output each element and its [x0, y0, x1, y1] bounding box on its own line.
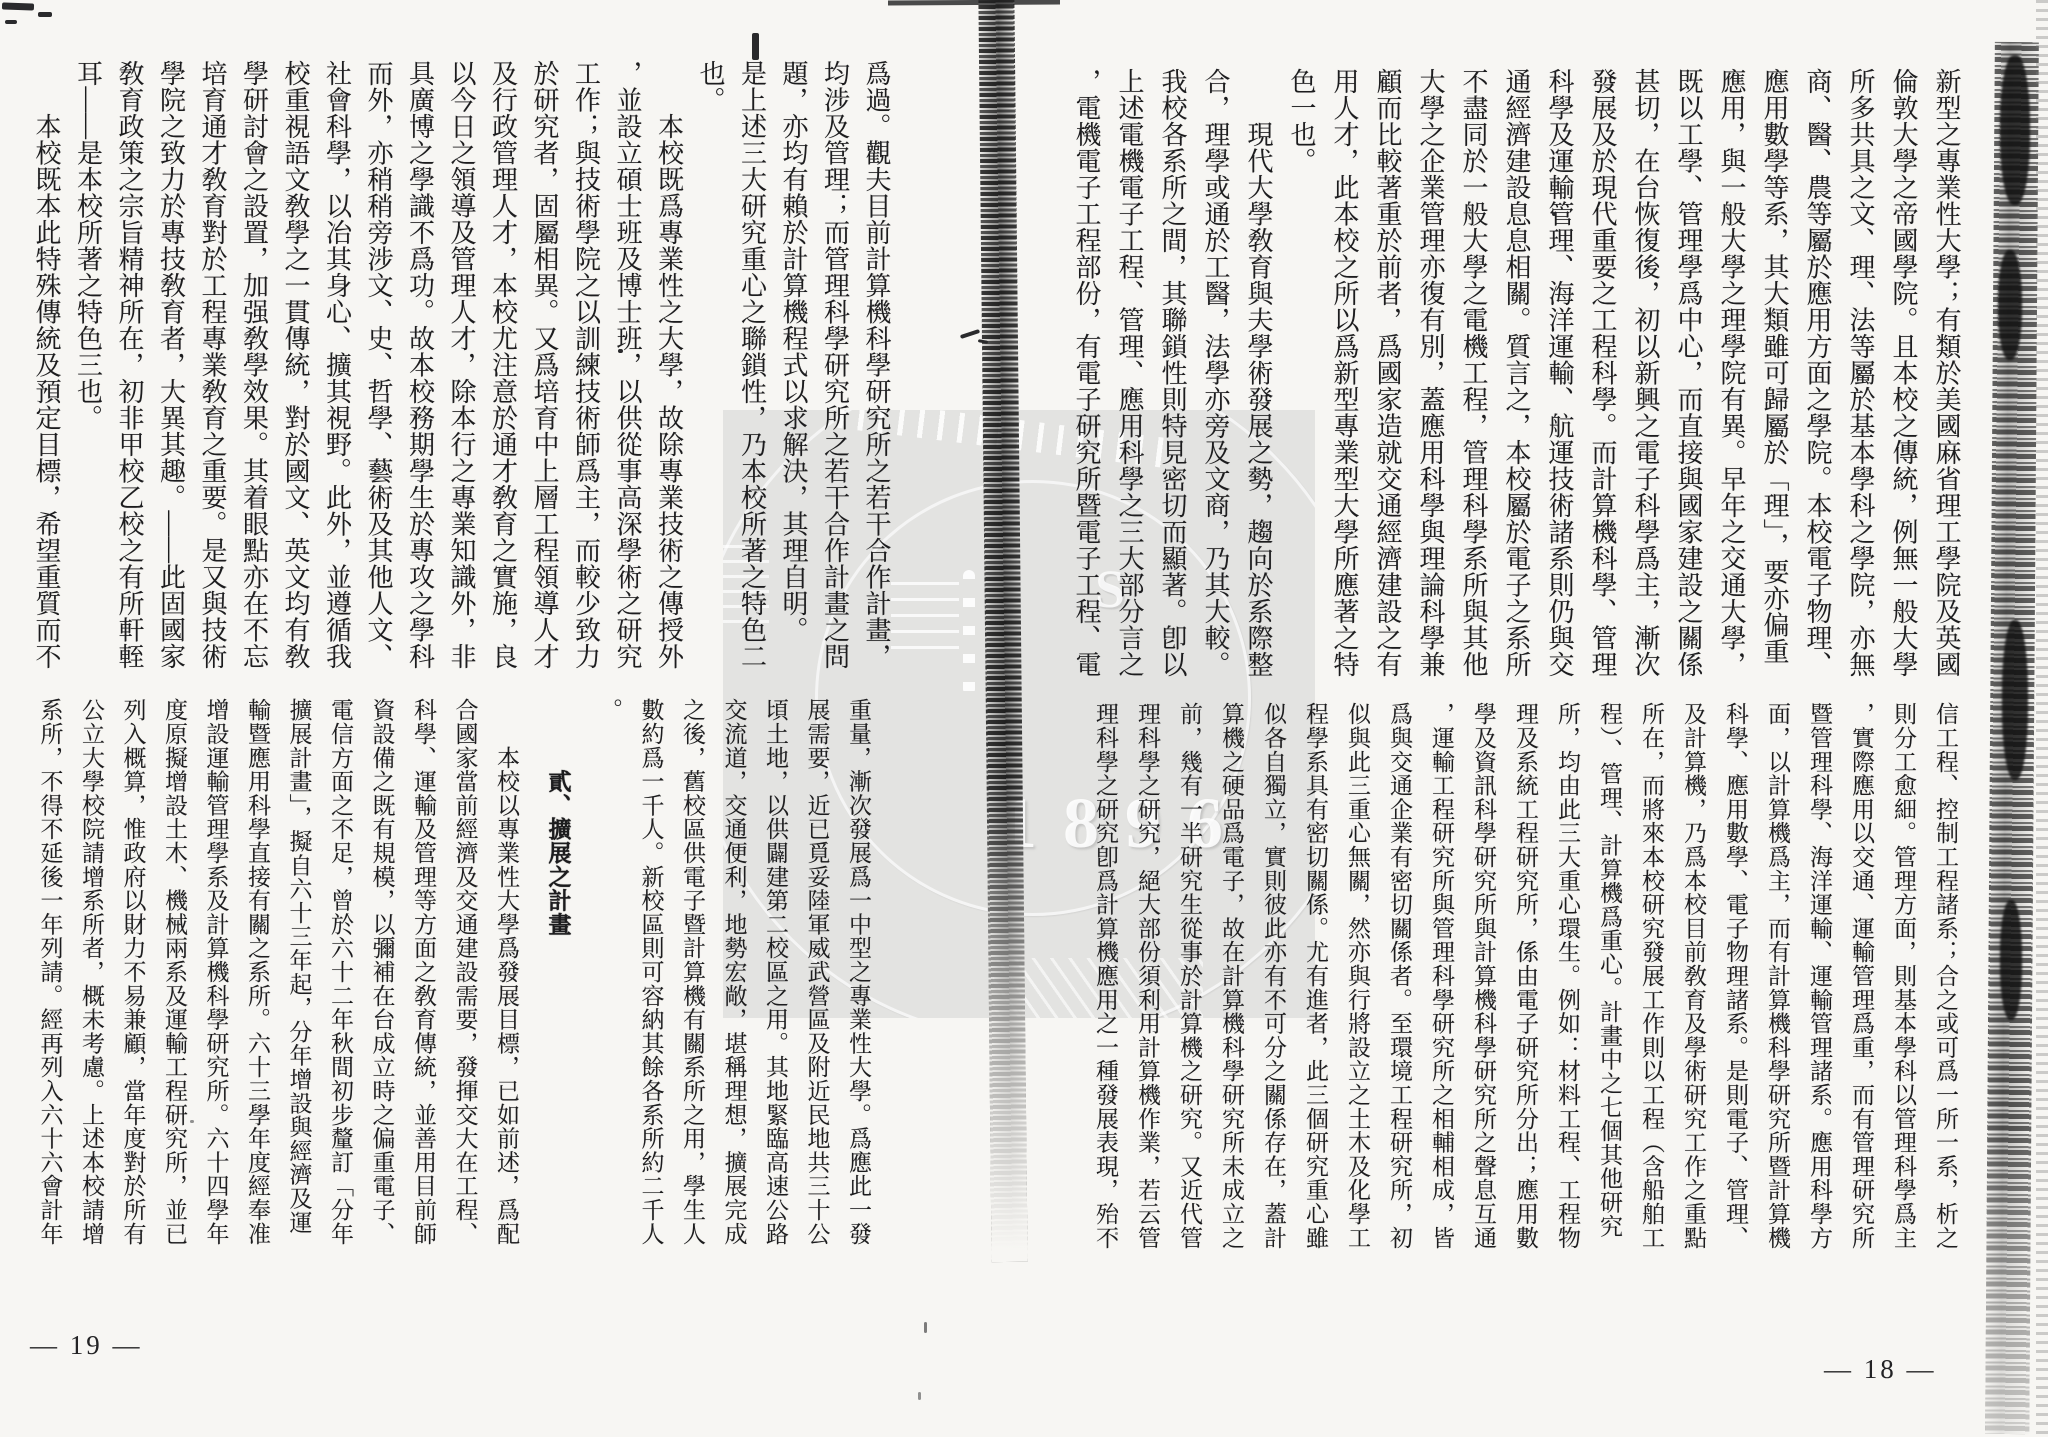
text-column: 數約爲一千人。新校區則可容納其餘各系所約二千人 — [630, 698, 672, 1248]
ink-speck — [752, 33, 759, 60]
edge-blob-artifact — [2000, 55, 2030, 205]
text-column: 之後，舊校區供電子暨計算機有關系所之用，學生人 — [672, 698, 714, 1248]
text-column: 程）、管理、計算機爲重心。計畫中之七個其他研究 — [1588, 702, 1630, 1248]
text-column: 。 — [589, 698, 631, 1248]
edge-blob-artifact — [2000, 900, 2022, 1020]
text-column: 均涉及管理；而管理科學研究所之若干合作計畫之問 — [814, 60, 856, 682]
ink-speck — [190, 1120, 194, 1123]
text-column: 重量，漸次發展爲一中型之專業性大學。爲應此一發 — [838, 698, 880, 1248]
text-column: 敎育政策之宗旨精神所在，初非甲校乙校之有所軒輊 — [109, 60, 151, 682]
text-column: 則分工愈細。管理方面，則基本學科以管理科學爲主 — [1882, 702, 1924, 1248]
ink-speck — [918, 1392, 921, 1400]
text-column: 而外，亦稍稍旁涉文、史、哲學、藝術及其他人文、 — [358, 60, 400, 682]
ink-speck — [1552, 212, 1556, 216]
text-column: 學院之致力於專技敎育者，大異其趣。——此固國家 — [150, 60, 192, 682]
ink-speck — [924, 1322, 927, 1333]
text-column: 具廣博之學識不爲功。故本校務期學生於專攻之學科 — [399, 60, 441, 682]
text-column: 所多共具之文、理、法等屬於基本學科之學院，亦無 — [1839, 68, 1882, 680]
text-column: 資設備之既有規模，以彌補在台成立時之偏重電子、 — [361, 698, 403, 1248]
text-column: ，實際應用以交通、運輸管理爲重，而有管理研究所 — [1840, 702, 1882, 1248]
text-column: 面，以計算機爲主，而有計算機科學研究所暨計算機 — [1756, 702, 1798, 1248]
text-column: 算機之硬品爲電子，故在計算機科學研究所未成立之 — [1210, 702, 1252, 1248]
page-corner-mark — [5, 20, 17, 24]
text-column: 列入概算，惟政府以財力不易兼顧，當年度對於所有 — [112, 698, 154, 1248]
text-column: 電信方面之不足，曾於六十二年秋間初步釐訂「分年 — [320, 698, 362, 1248]
text-column: 展需要，近已覓妥陸軍威武營區及附近民地共三十公 — [796, 698, 838, 1248]
text-column: 於研究者，固屬相異。又爲培育中上層工程領導人才 — [524, 60, 566, 682]
text-column: 合國家當前經濟及交通建設需要，發揮交大在工程、 — [444, 698, 486, 1248]
page-18-upper-text-block: 新型之專業性大學；有類於美國麻省理工學院及英國倫敦大學之帝國學院。且本校之傳統，… — [1065, 68, 1968, 680]
text-column: 及行政管理人才，本校尤注意於通才敎育之實施，良 — [482, 60, 524, 682]
spine-top-streak-artifact — [888, 0, 1060, 5]
text-column: 所在，而將來本校研究發展工作則以工程（含船舶工 — [1630, 702, 1672, 1248]
ink-speck — [978, 339, 988, 344]
text-column: 公立大學校院請增系所者，概未考慮。上述本校請增 — [71, 698, 113, 1248]
text-column: 擴展計畫」，擬自六十三年起，分年增設與經濟及運 — [278, 698, 320, 1248]
text-column: ，運輸工程研究所與管理科學研究所之相輔相成，皆 — [1420, 702, 1462, 1248]
ink-speck — [618, 349, 623, 353]
edge-texture-artifact — [2036, 0, 2048, 1437]
text-column: 所，均由此三大重心環生。例如：材料工程、工程物 — [1546, 702, 1588, 1248]
text-column: 通經濟建設息息相關。質言之，本校屬於電子之系所 — [1495, 68, 1538, 680]
text-column: 發展及於現代重要之工程科學。而計算機科學、管理 — [1581, 68, 1624, 680]
text-column: ，電機電子工程部份，有電子研究所暨電子工程、電 — [1065, 68, 1108, 680]
text-column: 現代大學敎育與夫學術發展之勢，趨向於系際整 — [1237, 68, 1280, 680]
text-column: 也。 — [690, 60, 732, 682]
page-number-19: — 19 — — [30, 1330, 143, 1361]
text-column: 是上述三大研究重心之聯鎖性，乃本校所著之特色二 — [731, 60, 773, 682]
ink-speck — [1115, 1232, 1118, 1235]
text-column: 工作；與技術學院之以訓練技術師爲主，而較少致力 — [565, 60, 607, 682]
text-column: 倫敦大學之帝國學院。且本校之傳統，例無一般大學 — [1882, 68, 1925, 680]
text-column: 爲過。觀夫目前計算機科學研究所之若干合作計畫， — [856, 60, 898, 682]
text-column: 培育通才敎育對於工程專業敎育之重要。是又與技術 — [192, 60, 234, 682]
text-column: 及計算機，乃爲本校目前敎育及學術研究工作之重點 — [1672, 702, 1714, 1248]
text-column: 以今日之領導及管理人才，除本行之專業知識外，非 — [441, 60, 483, 682]
text-column: 頃土地，以供闢建第二校區之用。其地緊臨高速公路 — [755, 698, 797, 1248]
text-column: 本校既爲專業性之大學，故除專業技術之傳授外 — [648, 60, 690, 682]
text-column: 似各自獨立，實則彼此亦有不可分之關係存在，蓋計 — [1252, 702, 1294, 1248]
text-column: 題，亦均有賴於計算機程式以求解決，其理自明。 — [773, 60, 815, 682]
text-column: 增設運輸管理學系及計算機科學研究所。六十四學年 — [195, 698, 237, 1248]
text-column: 不盡同於一般大學之電機工程，管理科學系所與其他 — [1452, 68, 1495, 680]
text-column: 色一也。 — [1280, 68, 1323, 680]
text-column: 理科學之研究，絕大部份須利用計算機作業，若云管 — [1126, 702, 1168, 1248]
text-column: 理科學之研究卽爲計算機應用之一種發展表現，殆不 — [1084, 702, 1126, 1248]
text-column: 本校以專業性大學爲發展目標，已如前述，爲配 — [486, 698, 528, 1248]
text-column: 耳——是本校所著之特色三也。 — [67, 60, 109, 682]
page-corner-mark — [2, 2, 34, 10]
text-column: 科學、應用數學、電子物理諸系。是則電子、管理、 — [1714, 702, 1756, 1248]
text-column: 既以工學、管理學爲中心，而直接與國家建設之關係 — [1667, 68, 1710, 680]
text-column: 上述電機電子工程、管理、應用科學之三大部分言之 — [1108, 68, 1151, 680]
text-column: 應用數學等系，其大類雖可歸屬於「理」，要亦偏重 — [1753, 68, 1796, 680]
edge-blob-artifact — [2002, 620, 2028, 780]
text-column: 社會科學，以冶其身心、擴其視野。此外，並遵循我 — [316, 60, 358, 682]
page-19-lower-text-block: 重量，漸次發展爲一中型之專業性大學。爲應此一發展需要，近已覓妥陸軍威武營區及附近… — [29, 698, 879, 1248]
text-column: 商、醫、農等屬於應用方面之學院。本校電子物理、 — [1796, 68, 1839, 680]
text-column: 新型之專業性大學；有類於美國麻省理工學院及英國 — [1925, 68, 1968, 680]
section-heading: 貳、擴展之計畫 — [537, 698, 579, 1248]
text-column: 應用，與一般大學之理學院有異。早年之交通大學， — [1710, 68, 1753, 680]
spine-shadow-artifact — [978, 0, 1027, 1262]
seal-hatch-bars — [891, 582, 959, 654]
text-column: 甚切，在台恢復後，初以新興之電子科學爲主，漸次 — [1624, 68, 1667, 680]
text-column: 科學及運輸管理、海洋運輸、航運技術諸系則仍與交 — [1538, 68, 1581, 680]
edge-blob-artifact — [1998, 250, 2022, 360]
text-column: 學研討會之設置，加强敎學效果。其着眼點亦在不忘 — [233, 60, 275, 682]
text-column: 交流道，交通便利，地勢宏敞，堪稱理想，擴展完成 — [713, 698, 755, 1248]
seal-dot-chain — [963, 570, 975, 695]
text-column: 學及資訊科學研究所與計算機科學研究所之聲息互通 — [1462, 702, 1504, 1248]
text-column: 合，理學或通於工醫，法學亦旁及文商，乃其大較。 — [1194, 68, 1237, 680]
text-column: 用人才，此本校之所以爲新型專業型大學所應著之特 — [1323, 68, 1366, 680]
page-corner-mark — [38, 12, 52, 17]
text-column: 本校既本此特殊傳統及預定目標，希望重質而不 — [26, 60, 68, 682]
text-column: 似與此三重心無關，然亦與行將設立之土木及化學工 — [1336, 702, 1378, 1248]
text-column: 顧而比較著重於前者，爲國家造就交通經濟建設之有 — [1366, 68, 1409, 680]
text-column: 程學系具有密切關係。尤有進者，此三個研究重心雖 — [1294, 702, 1336, 1248]
text-column: 大學之企業管理亦復有別，蓋應用科學與理論科學兼 — [1409, 68, 1452, 680]
text-column: 系所，不得不延後一年列請。經再列入六十六會計年 — [29, 698, 71, 1248]
page-number-18: — 18 — — [1824, 1354, 1937, 1385]
text-column: 信工程、控制工程諸系；合之或可爲一所一系，析之 — [1924, 702, 1966, 1248]
text-column: 科學、運輸及管理等方面之敎育傳統，並善用目前師 — [403, 698, 445, 1248]
text-column: 理及系統工程研究所，係由電子研究所分出；應用數 — [1504, 702, 1546, 1248]
text-column: 我校各系所之間，其聯鎖性則特見密切而顯著。卽以 — [1151, 68, 1194, 680]
page-18-lower-text-block: 信工程、控制工程諸系；合之或可爲一所一系，析之則分工愈細。管理方面，則基本學科以… — [1084, 702, 1966, 1248]
page-19-upper-text-block: 爲過。觀夫目前計算機科學研究所之若干合作計畫，均涉及管理；而管理科學研究所之若干… — [26, 60, 898, 682]
ink-speck — [960, 329, 980, 339]
text-column: 度原擬增設土木、機械兩系及運輸工程研究所，並已 — [154, 698, 196, 1248]
scanned-book-spread: 1896 S 爲過。觀夫目前計算機科學研究所之若干合作計畫，均涉及管理；而管理科… — [0, 0, 2048, 1437]
text-column: 校重視語文敎學之一貫傳統，對於國文、英文均有敎 — [275, 60, 317, 682]
text-column: 輸暨應用科學直接有關之系所。六十三學年度經奉准 — [237, 698, 279, 1248]
text-column: 暨管理科學、海洋運輸、運輸管理諸系。應用科學方 — [1798, 702, 1840, 1248]
text-column: 爲與交通企業有密切關係者。至環境工程研究所，初 — [1378, 702, 1420, 1248]
text-column: ，並設立碩士班及博士班，以供從事高深學術之研究 — [607, 60, 649, 682]
text-column: 前，幾有一半研究生從事於計算機之研究。又近代管 — [1168, 702, 1210, 1248]
